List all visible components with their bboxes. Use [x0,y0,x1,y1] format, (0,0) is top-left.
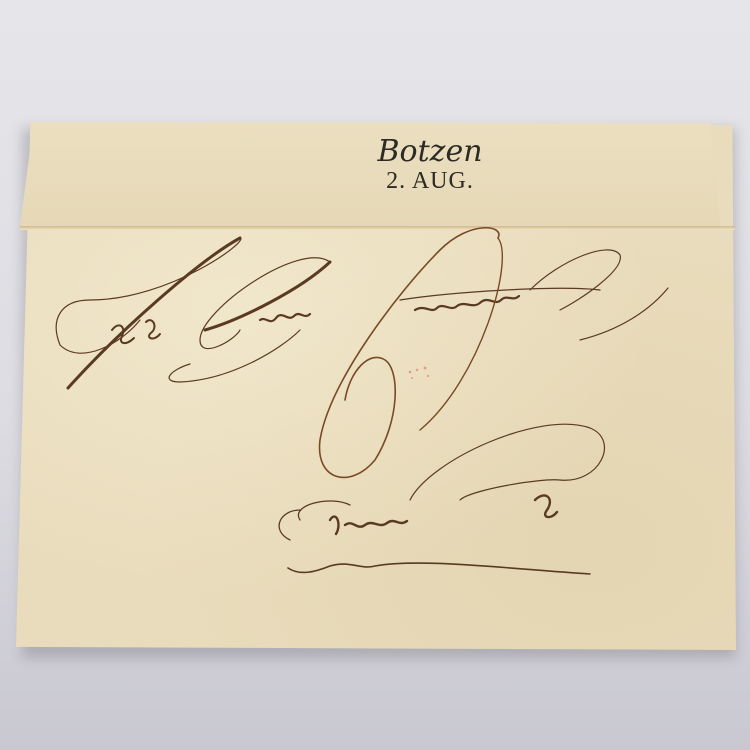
postmark-date: 2. AUG. [350,168,510,194]
postmark-town: Botzen [350,135,510,168]
postmark: Botzen 2. AUG. [350,135,510,194]
fold-crease [20,226,735,230]
